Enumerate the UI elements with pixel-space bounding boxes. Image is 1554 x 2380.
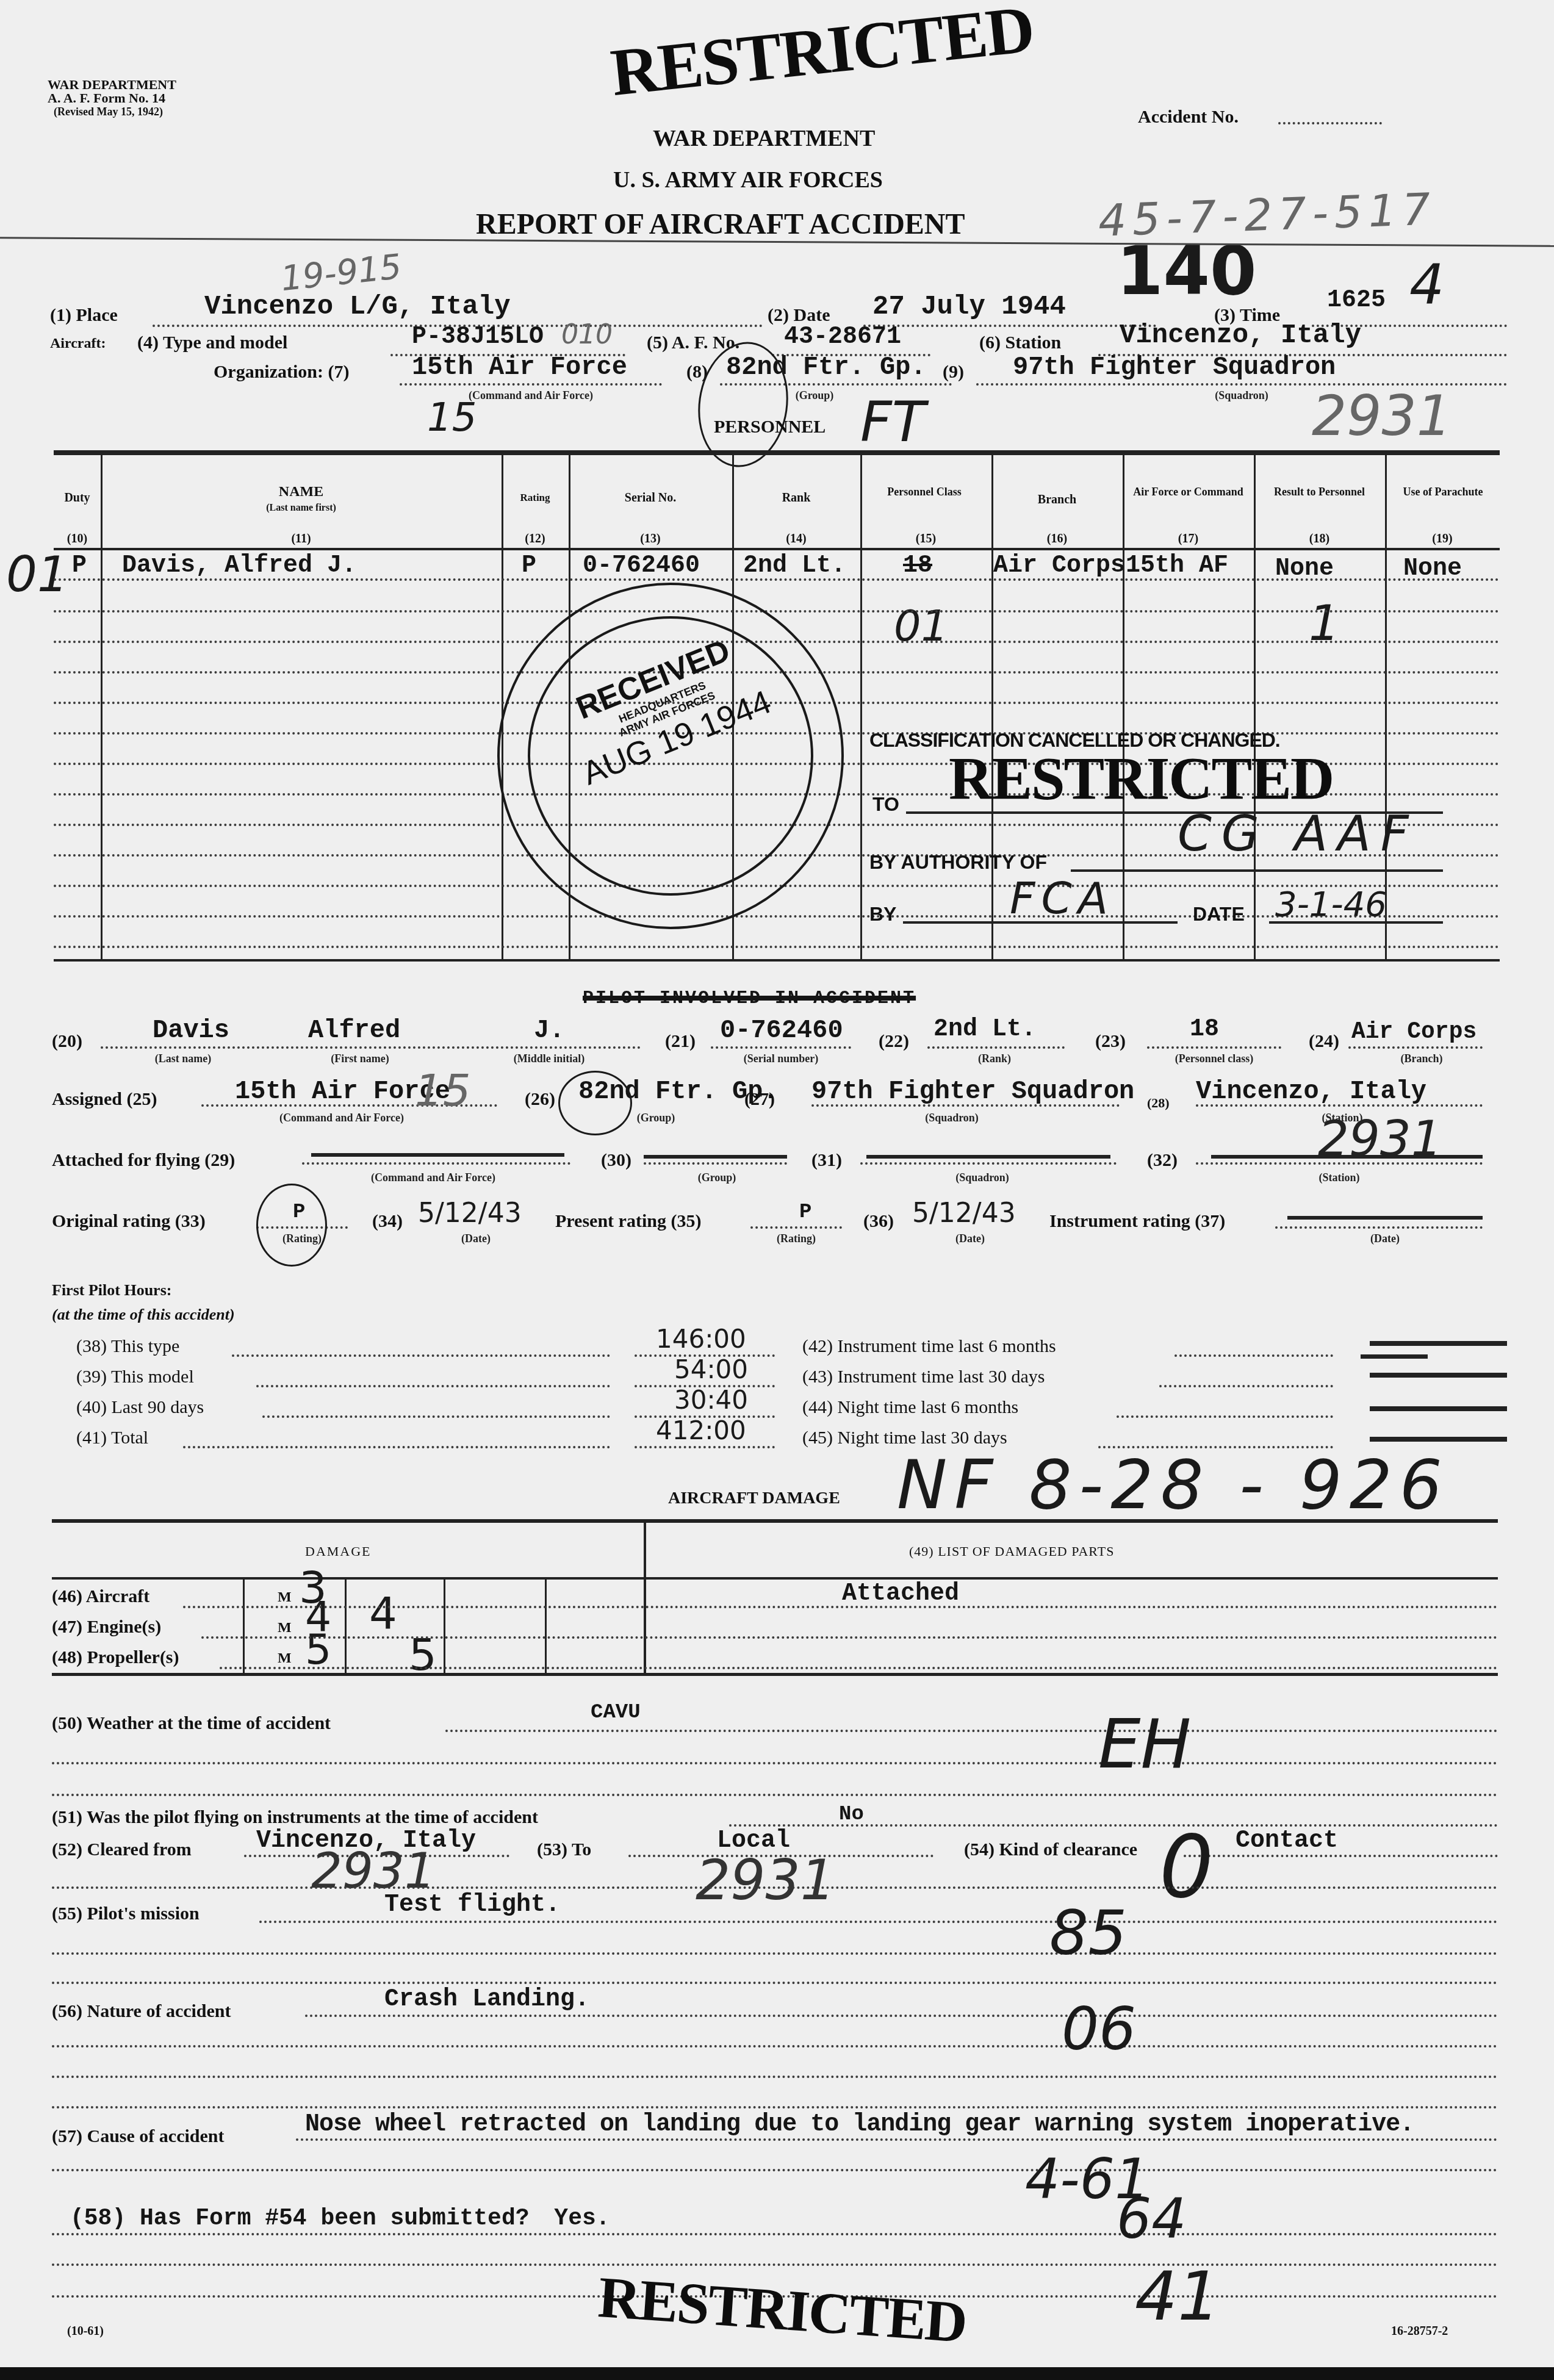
damage-col [345, 1579, 347, 1674]
first-name-field[interactable]: Alfred [308, 1016, 400, 1045]
serial-label: (21) [665, 1031, 696, 1052]
handwritten-4: 4 [1409, 253, 1444, 317]
hours-line [1174, 1354, 1333, 1357]
title-war-department: WAR DEPARTMENT [653, 125, 875, 152]
serial-field[interactable]: 0-762460 [720, 1016, 843, 1045]
row-line [54, 610, 1500, 613]
cause-line [296, 2138, 1498, 2141]
clearance-line [1184, 1855, 1498, 1857]
damage-row-line [201, 1636, 1498, 1639]
page-bottom-edge [0, 2367, 1554, 2380]
cell-personnel-class[interactable]: 18 [903, 552, 932, 580]
handwritten-damage-engine-2: 4 [369, 1587, 397, 1639]
handwritten-15-assigned: 15 [415, 1065, 471, 1116]
damaged-parts-field[interactable]: Attached [842, 1580, 959, 1608]
instrument-rating-caption: (Date) [1354, 1232, 1416, 1245]
rank-line [927, 1046, 1065, 1049]
handwritten-85: 85 [1049, 1897, 1127, 1969]
handwritten-2931-attached: 2931 [1318, 1110, 1442, 1167]
damage-col [545, 1579, 547, 1674]
assigned-label: Assigned (25) [52, 1089, 157, 1110]
serial-line [711, 1046, 851, 1049]
restricted-stamp-bottom: RESTRICTED [596, 2263, 968, 2356]
header-underline [54, 548, 1500, 550]
handwritten-2931: 2931 [1312, 384, 1451, 448]
original-date-caption: (Date) [445, 1232, 506, 1245]
instrument-6mo-strike[interactable] [1370, 1341, 1507, 1346]
handwritten-06: 06 [1062, 1995, 1136, 2063]
personnel-heading: PERSONNEL [714, 417, 826, 437]
col-num: (17) [1123, 532, 1254, 545]
col-divider [502, 453, 503, 959]
last-name-label: (20) [52, 1031, 82, 1052]
accident-no-label: Accident No. [1138, 107, 1239, 128]
assigned-squadron-field[interactable]: 97th Fighter Squadron [811, 1077, 1134, 1106]
middle-initial-field[interactable]: J. [534, 1016, 564, 1045]
hours-value-this-type[interactable]: 146:00 [656, 1324, 746, 1354]
damage-code-engine[interactable]: M [278, 1620, 292, 1636]
form54-line [52, 2233, 1498, 2235]
af-no-field[interactable]: 43-28671 [784, 323, 901, 351]
struck-heading: PILOT INVOLVED IN ACCIDENT [583, 988, 916, 1009]
form54-row[interactable]: (58) Has Form #54 been submitted? Yes. [70, 2206, 610, 2232]
nature-label: (56) Nature of accident [52, 2001, 231, 2022]
form54-line-2 [52, 2263, 1498, 2266]
nature-line [305, 2015, 1498, 2017]
assigned-station-label: (28) [1147, 1095, 1170, 1111]
date-label: (2) Date [768, 305, 830, 326]
handwritten-damage-code: NF 8-28 - 926 [897, 1446, 1450, 1524]
night-6mo-strike[interactable] [1370, 1406, 1507, 1411]
col-header-name-sub: (Last name first) [101, 502, 502, 515]
instruments-line [729, 1824, 1498, 1827]
col-header-class: Personnel Class [879, 485, 970, 498]
assigned-station-field[interactable]: Vincenzo, Italy [1196, 1077, 1426, 1106]
authority-line [1071, 869, 1443, 872]
hours-line [262, 1415, 610, 1418]
hours-label-this-model: (39) This model [76, 1367, 194, 1387]
damage-label-engine: (47) Engine(s) [52, 1617, 161, 1638]
station-label: (6) Station [979, 333, 1061, 353]
mission-line [259, 1921, 1498, 1923]
handwritten-64: 64 [1117, 2187, 1187, 2251]
authority-value: CG AAF [1178, 805, 1419, 862]
col-num: (10) [54, 532, 101, 545]
station-field[interactable]: Vincenzo, Italy [1120, 320, 1361, 351]
col-header-branch: Branch [991, 493, 1123, 506]
assigned-squadron-label: (27) [744, 1089, 775, 1110]
organization-line [400, 383, 662, 386]
handwritten-2931-to: 2931 [696, 1849, 835, 1913]
mission-field[interactable]: Test flight. [384, 1891, 560, 1919]
attached-caption: (Command and Air Force) [326, 1171, 540, 1184]
handwritten-15: 15 [427, 395, 477, 440]
col-header-parachute: Use of Parachute [1391, 485, 1495, 498]
classification-to-value: RESTRICTED [949, 743, 1333, 813]
assigned-squadron-caption: (Squadron) [903, 1112, 1001, 1124]
handwritten-result: 1 [1309, 595, 1340, 652]
present-rating-caption: (Rating) [763, 1232, 830, 1245]
hours-line [256, 1385, 610, 1387]
instrument-rating-label: Instrument rating (37) [1049, 1211, 1225, 1232]
col-num: (11) [101, 532, 502, 545]
by-label: BY [869, 903, 896, 926]
hours-subheading: (at the time of this accident) [52, 1306, 235, 1324]
type-model-handwritten: 010 [561, 319, 613, 350]
attached-station-caption: (Station) [1306, 1171, 1373, 1184]
attached-station-label: (32) [1147, 1150, 1178, 1171]
damage-code-propeller[interactable]: M [278, 1650, 292, 1667]
col-num: (15) [860, 532, 991, 545]
damage-header-underline [52, 1577, 1498, 1580]
nature-field[interactable]: Crash Landing. [384, 1986, 589, 2013]
form-id-line2: A. A. F. Form No. 14 [48, 92, 176, 105]
col-divider [1123, 453, 1124, 959]
branch-caption: (Branch) [1379, 1052, 1464, 1065]
col-header-name: NAME [101, 485, 502, 498]
hours-line [1159, 1385, 1333, 1387]
middle-caption: (Middle initial) [482, 1052, 616, 1065]
attached-squadron-label: (31) [811, 1150, 842, 1171]
col-num: (13) [569, 532, 732, 545]
damage-col [444, 1579, 445, 1674]
attached-label: Attached for flying (29) [52, 1150, 235, 1171]
original-date-field[interactable]: 5/12/43 [418, 1198, 522, 1229]
authority-label: BY AUTHORITY OF [869, 851, 1047, 874]
damage-label-aircraft: (46) Aircraft [52, 1586, 149, 1607]
col-header-air-force: Air Force or Command [1129, 485, 1248, 498]
present-date-field[interactable]: 5/12/43 [912, 1198, 1016, 1229]
by-value: FCA [1010, 872, 1114, 924]
instrument-30d-strike[interactable] [1370, 1373, 1507, 1378]
cell-branch[interactable]: Air Corps [993, 552, 1125, 580]
instrument-30d-label: (43) Instrument time last 30 days [802, 1367, 1045, 1387]
date-line [863, 325, 1156, 327]
weather-label: (50) Weather at the time of accident [52, 1713, 331, 1734]
hours-heading: First Pilot Hours: [52, 1281, 171, 1300]
type-model-label: (4) Type and model [137, 333, 287, 353]
col-header-duty: Duty [54, 491, 101, 505]
instrument-rating-line[interactable] [1275, 1226, 1483, 1229]
assigned-station-line [1196, 1104, 1483, 1107]
attached-group-caption: (Group) [683, 1171, 750, 1184]
weather-line-3 [52, 1794, 1498, 1796]
rank-caption: (Rank) [958, 1052, 1031, 1065]
hours-value-last-90-days[interactable]: 30:40 [674, 1385, 748, 1415]
handwritten-circle-rating [256, 1184, 327, 1267]
class-field[interactable]: 18 [1190, 1016, 1219, 1043]
cell-rank[interactable]: 2nd Lt. [743, 552, 846, 580]
squadron-label: (9) [943, 362, 964, 383]
branch-field[interactable]: Air Corps [1351, 1019, 1477, 1045]
attached-squadron-line[interactable] [860, 1162, 1117, 1165]
last-name-caption: (Last name) [122, 1052, 244, 1065]
handwritten-41: 41 [1135, 2257, 1220, 2335]
clearance-label: (54) Kind of clearance [964, 1839, 1137, 1860]
damage-bottom-border [52, 1673, 1498, 1676]
assigned-group-caption: (Group) [622, 1112, 689, 1124]
organization-label: Organization: (7) [214, 362, 349, 383]
hours-label-total: (41) Total [76, 1428, 148, 1448]
mission-label: (55) Pilot's mission [52, 1904, 200, 1924]
aircraft-damage-heading: AIRCRAFT DAMAGE [668, 1489, 840, 1508]
col-header-result: Result to Personnel [1263, 485, 1376, 498]
col-divider [860, 453, 862, 959]
nature-line-2 [52, 2045, 1498, 2047]
col-divider [101, 453, 103, 959]
attached-group-strike [644, 1155, 787, 1159]
night-30d-label: (45) Night time last 30 days [802, 1428, 1007, 1448]
weather-line-2 [52, 1762, 1498, 1764]
col-header-serial: Serial No. [569, 491, 732, 505]
cause-field[interactable]: Nose wheel retracted on landing due to l… [305, 2111, 1414, 2138]
weather-field[interactable]: CAVU [591, 1701, 641, 1724]
damage-label-propeller: (48) Propeller(s) [52, 1647, 179, 1668]
hours-value-total[interactable]: 412:00 [656, 1415, 746, 1445]
instrument-6mo-label: (42) Instrument time last 6 months [802, 1336, 1056, 1357]
date-stamp-value: 3-1-46 [1275, 885, 1387, 924]
handwritten-clearance-code: 0 [1159, 1818, 1214, 1918]
squadron-field[interactable]: 97th Fighter Squadron [1013, 353, 1336, 382]
col-num: (12) [502, 532, 569, 545]
table-top-border [54, 450, 1500, 455]
damaged-parts-heading: (49) LIST OF DAMAGED PARTS [909, 1544, 1114, 1559]
by-line [903, 921, 1178, 924]
date-stamp-label: DATE [1193, 903, 1245, 926]
name-line [101, 1046, 641, 1049]
col-divider [1254, 453, 1256, 959]
first-name-caption: (First name) [299, 1052, 421, 1065]
cleared-to-label: (53) To [537, 1839, 591, 1860]
handwritten-row-margin: 01 [6, 546, 68, 603]
place-field[interactable]: Vincenzo L/G, Italy [204, 292, 511, 322]
col-header-rating: Rating [502, 491, 569, 505]
date-stamp-line [1269, 921, 1443, 924]
damage-col [243, 1579, 245, 1674]
cleared-from-label: (52) Cleared from [52, 1839, 192, 1860]
damage-row-line [220, 1667, 1498, 1669]
handwritten-circle-assigned-group [558, 1071, 632, 1135]
row-line [54, 946, 1500, 948]
col-divider [1385, 453, 1387, 959]
place-label: (1) Place [50, 305, 118, 326]
col-num: (16) [991, 532, 1123, 545]
class-caption: (Personnel class) [1144, 1052, 1284, 1065]
type-model-field[interactable]: P-38J15LO [412, 323, 544, 351]
form-id-line1: WAR DEPARTMENT [48, 78, 176, 92]
date-field[interactable]: 27 July 1944 [872, 292, 1066, 322]
mission-line-3 [52, 1982, 1498, 1984]
rank-field[interactable]: 2nd Lt. [933, 1016, 1036, 1043]
form54-label: (58) Has Form #54 been submitted? [70, 2206, 530, 2232]
col-divider [991, 453, 993, 959]
cause-label: (57) Cause of accident [52, 2126, 224, 2147]
class-line [1147, 1046, 1281, 1049]
form-id: WAR DEPARTMENT A. A. F. Form No. 14 (Rev… [48, 78, 176, 118]
handwritten-class: 01 [894, 601, 948, 651]
attached-squadron-caption: (Squadron) [940, 1171, 1025, 1184]
col-num: (18) [1254, 532, 1385, 545]
handwritten-ft: FT [860, 390, 926, 455]
instruments-label: (51) Was the pilot flying on instruments… [52, 1807, 538, 1828]
original-rating-label: Original rating (33) [52, 1211, 206, 1232]
damage-code-aircraft[interactable]: M [278, 1589, 292, 1606]
nature-line-3 [52, 2076, 1498, 2078]
attached-line[interactable] [302, 1162, 570, 1165]
cell-air-force[interactable]: 15th AF [1126, 552, 1228, 580]
present-rating-label: Present rating (35) [555, 1211, 701, 1232]
class-label: (23) [1095, 1031, 1126, 1052]
weather-line [445, 1730, 1498, 1732]
night-30d-strike[interactable] [1370, 1437, 1507, 1442]
hours-line [232, 1354, 610, 1357]
classification-to-label: TO [872, 793, 899, 816]
hours-value-line [635, 1446, 775, 1448]
hours-label-this-type: (38) This type [76, 1336, 179, 1357]
footer-right-code: 16-28757-2 [1391, 2324, 1448, 2339]
attached-strike [311, 1153, 564, 1157]
form-id-line3: (Revised May 15, 1942) [48, 105, 176, 118]
attached-squadron-strike [866, 1155, 1110, 1159]
page-title: REPORT OF AIRCRAFT ACCIDENT [476, 207, 965, 241]
cell-rating[interactable]: P [522, 552, 536, 580]
col-num: (14) [732, 532, 860, 545]
attached-group-label: (30) [601, 1150, 631, 1171]
damage-top-border [52, 1519, 1498, 1523]
clearance-field[interactable]: Contact [1236, 1827, 1338, 1855]
nature-line-4 [52, 2106, 1498, 2109]
aircraft-label: Aircraft: [50, 336, 106, 352]
mission-line-2 [52, 1952, 1498, 1955]
instruments-field[interactable]: No [839, 1803, 864, 1826]
instrument-rating-strike [1287, 1216, 1483, 1220]
organization-field[interactable]: 15th Air Force [412, 353, 627, 382]
cell-name[interactable]: Davis, Alfred J. [122, 552, 356, 580]
cause-line-2 [52, 2169, 1498, 2171]
damage-table-heading: DAMAGE [305, 1544, 372, 1559]
footer-left-code: (10-61) [67, 2324, 104, 2339]
branch-label: (24) [1309, 1031, 1339, 1052]
accident-no-field[interactable] [1278, 122, 1382, 124]
hours-label-last-90-days: (40) Last 90 days [76, 1397, 204, 1418]
hours-line [1117, 1415, 1333, 1418]
present-date-caption: (Date) [940, 1232, 1001, 1245]
clearance-line-2 [52, 1886, 1498, 1889]
col-num: (19) [1385, 532, 1500, 545]
serial-caption: (Serial number) [711, 1052, 851, 1065]
present-rating-field[interactable]: P [799, 1201, 811, 1224]
col-header-rank: Rank [732, 491, 860, 505]
damage-divider [644, 1522, 646, 1675]
present-date-label: (36) [863, 1211, 894, 1232]
form54-field[interactable]: Yes. [554, 2206, 610, 2232]
assigned-squadron-line [811, 1104, 1120, 1107]
branch-line [1348, 1046, 1483, 1049]
original-date-label: (34) [372, 1211, 403, 1232]
cell-serial[interactable]: 0-762460 [583, 552, 700, 580]
attached-group-line[interactable] [644, 1162, 787, 1165]
rank-label: (22) [879, 1031, 909, 1052]
table-bottom-border [54, 959, 1500, 962]
restricted-stamp-top: RESTRICTED [607, 0, 1037, 112]
row-line [54, 578, 1500, 581]
cell-duty[interactable]: P [72, 552, 87, 580]
hours-line [183, 1446, 610, 1448]
time-field[interactable]: 1625 [1327, 287, 1386, 314]
title-army-air-forces: U. S. ARMY AIR FORCES [613, 167, 883, 193]
present-rating-line [750, 1226, 842, 1229]
instrument-6mo-strike2 [1361, 1354, 1428, 1359]
assigned-group-label: (26) [525, 1089, 555, 1110]
damage-row-line [183, 1606, 1498, 1608]
last-name-field[interactable]: Davis [153, 1016, 229, 1045]
night-6mo-label: (44) Night time last 6 months [802, 1397, 1018, 1418]
squadron-caption: (Squadron) [1196, 389, 1287, 402]
hours-value-this-model[interactable]: 54:00 [674, 1354, 748, 1384]
handwritten-eh: EH [1098, 1705, 1191, 1783]
